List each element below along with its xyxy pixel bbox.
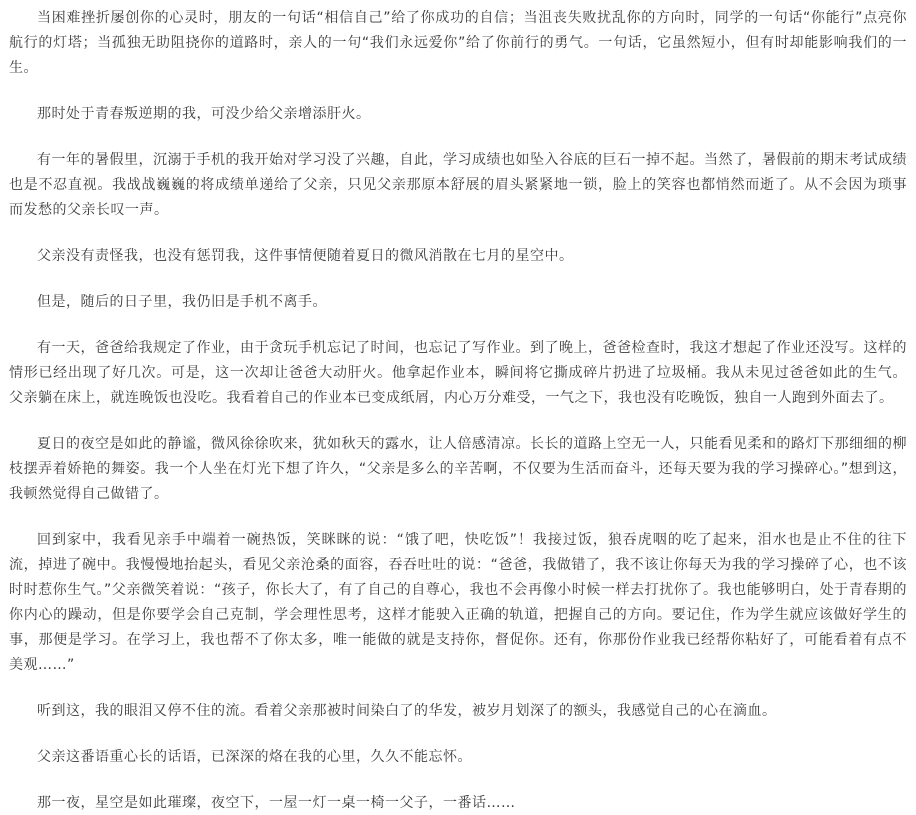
essay-document: 当困难挫折屡创你的心灵时，朋友的一句话“相信自己”给了你成功的自信；当沮丧失败扰… <box>0 0 916 815</box>
essay-paragraph: 父亲没有责怪我，也没有惩罚我，这件事情便随着夏日的微风消散在七月的星空中。 <box>9 244 907 269</box>
essay-paragraph: 那时处于青春叛逆期的我，可没少给父亲增添肝火。 <box>9 102 907 127</box>
essay-paragraph: 那一夜，星空是如此璀璨，夜空下，一屋一灯一桌一椅一父子，一番话…… <box>9 791 907 815</box>
essay-paragraph: 夏日的夜空是如此的静谧，微风徐徐吹来，犹如秋天的露水，让人倍感清凉。长长的道路上… <box>9 432 907 507</box>
essay-paragraph: 有一天，爸爸给我规定了作业，由于贪玩手机忘记了时间，也忘记了写作业。到了晚上，爸… <box>9 336 907 411</box>
essay-paragraph: 父亲这番语重心长的话语，已深深的烙在我的心里，久久不能忘怀。 <box>9 745 907 770</box>
essay-paragraph: 当困难挫折屡创你的心灵时，朋友的一句话“相信自己”给了你成功的自信；当沮丧失败扰… <box>9 6 907 81</box>
essay-paragraph: 但是，随后的日子里，我仍旧是手机不离手。 <box>9 290 907 315</box>
essay-paragraph: 回到家中，我看见亲手中端着一碗热饭，笑眯眯的说：“饿了吧，快吃饭”！我接过饭，狼… <box>9 528 907 678</box>
essay-paragraph: 有一年的暑假里，沉溺于手机的我开始对学习没了兴趣，自此，学习成绩也如坠入谷底的巨… <box>9 148 907 223</box>
essay-paragraph: 听到这，我的眼泪又停不住的流。看着父亲那被时间染白了的华发，被岁月划深了的额头，… <box>9 699 907 724</box>
